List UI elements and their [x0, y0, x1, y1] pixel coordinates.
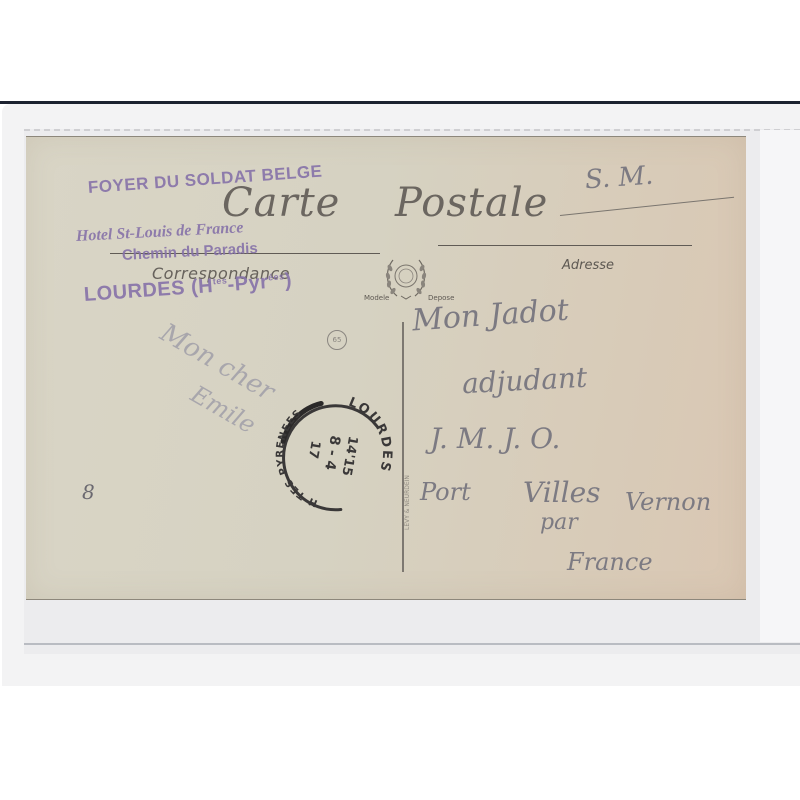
- sleeve-edge: [760, 130, 800, 642]
- address-rule: [438, 245, 692, 246]
- printer-credit: LEVY & NEURDEIN: [404, 475, 411, 530]
- handwritten-address-line-4b: Villes: [523, 476, 601, 509]
- handwritten-address-line-5: par: [540, 510, 578, 535]
- handwritten-address-line-4c: Vernon: [625, 488, 711, 516]
- emblem-label-left: Modele: [364, 294, 389, 302]
- handwritten-address-line-2: adjudant: [461, 361, 588, 401]
- handwritten-corner-note: S. M.: [584, 161, 654, 196]
- handwritten-address-line-3: J. M. J. O.: [430, 422, 560, 455]
- stamp-lourdes-end: ): [284, 269, 293, 291]
- handwritten-address-line-6: France: [567, 548, 653, 576]
- title-postale: Postale: [395, 180, 548, 226]
- laurel-emblem-icon: [383, 252, 429, 302]
- sleeve-bottom-edge: [24, 643, 800, 645]
- page-background-top: [0, 0, 800, 102]
- handwritten-address-line-4a: Port: [420, 478, 471, 506]
- stamp-lourdes-sup2: ées: [268, 271, 285, 282]
- postmark-date: 8 - 4: [321, 434, 343, 472]
- postmark-cancel: LOURDES H TES PYRENEES 14'15 8 - 4 17: [268, 388, 398, 518]
- adresse-label: Adresse: [562, 258, 614, 273]
- postcard: [26, 136, 746, 600]
- margin-number: 8: [82, 480, 95, 504]
- stamp-lourdes-mid: -Pyr: [227, 271, 269, 296]
- stamp-lourdes-sup1: tes: [212, 275, 227, 286]
- postmark-year: 17: [305, 439, 323, 459]
- circled-number: 65: [327, 330, 347, 350]
- center-divider: [402, 322, 404, 572]
